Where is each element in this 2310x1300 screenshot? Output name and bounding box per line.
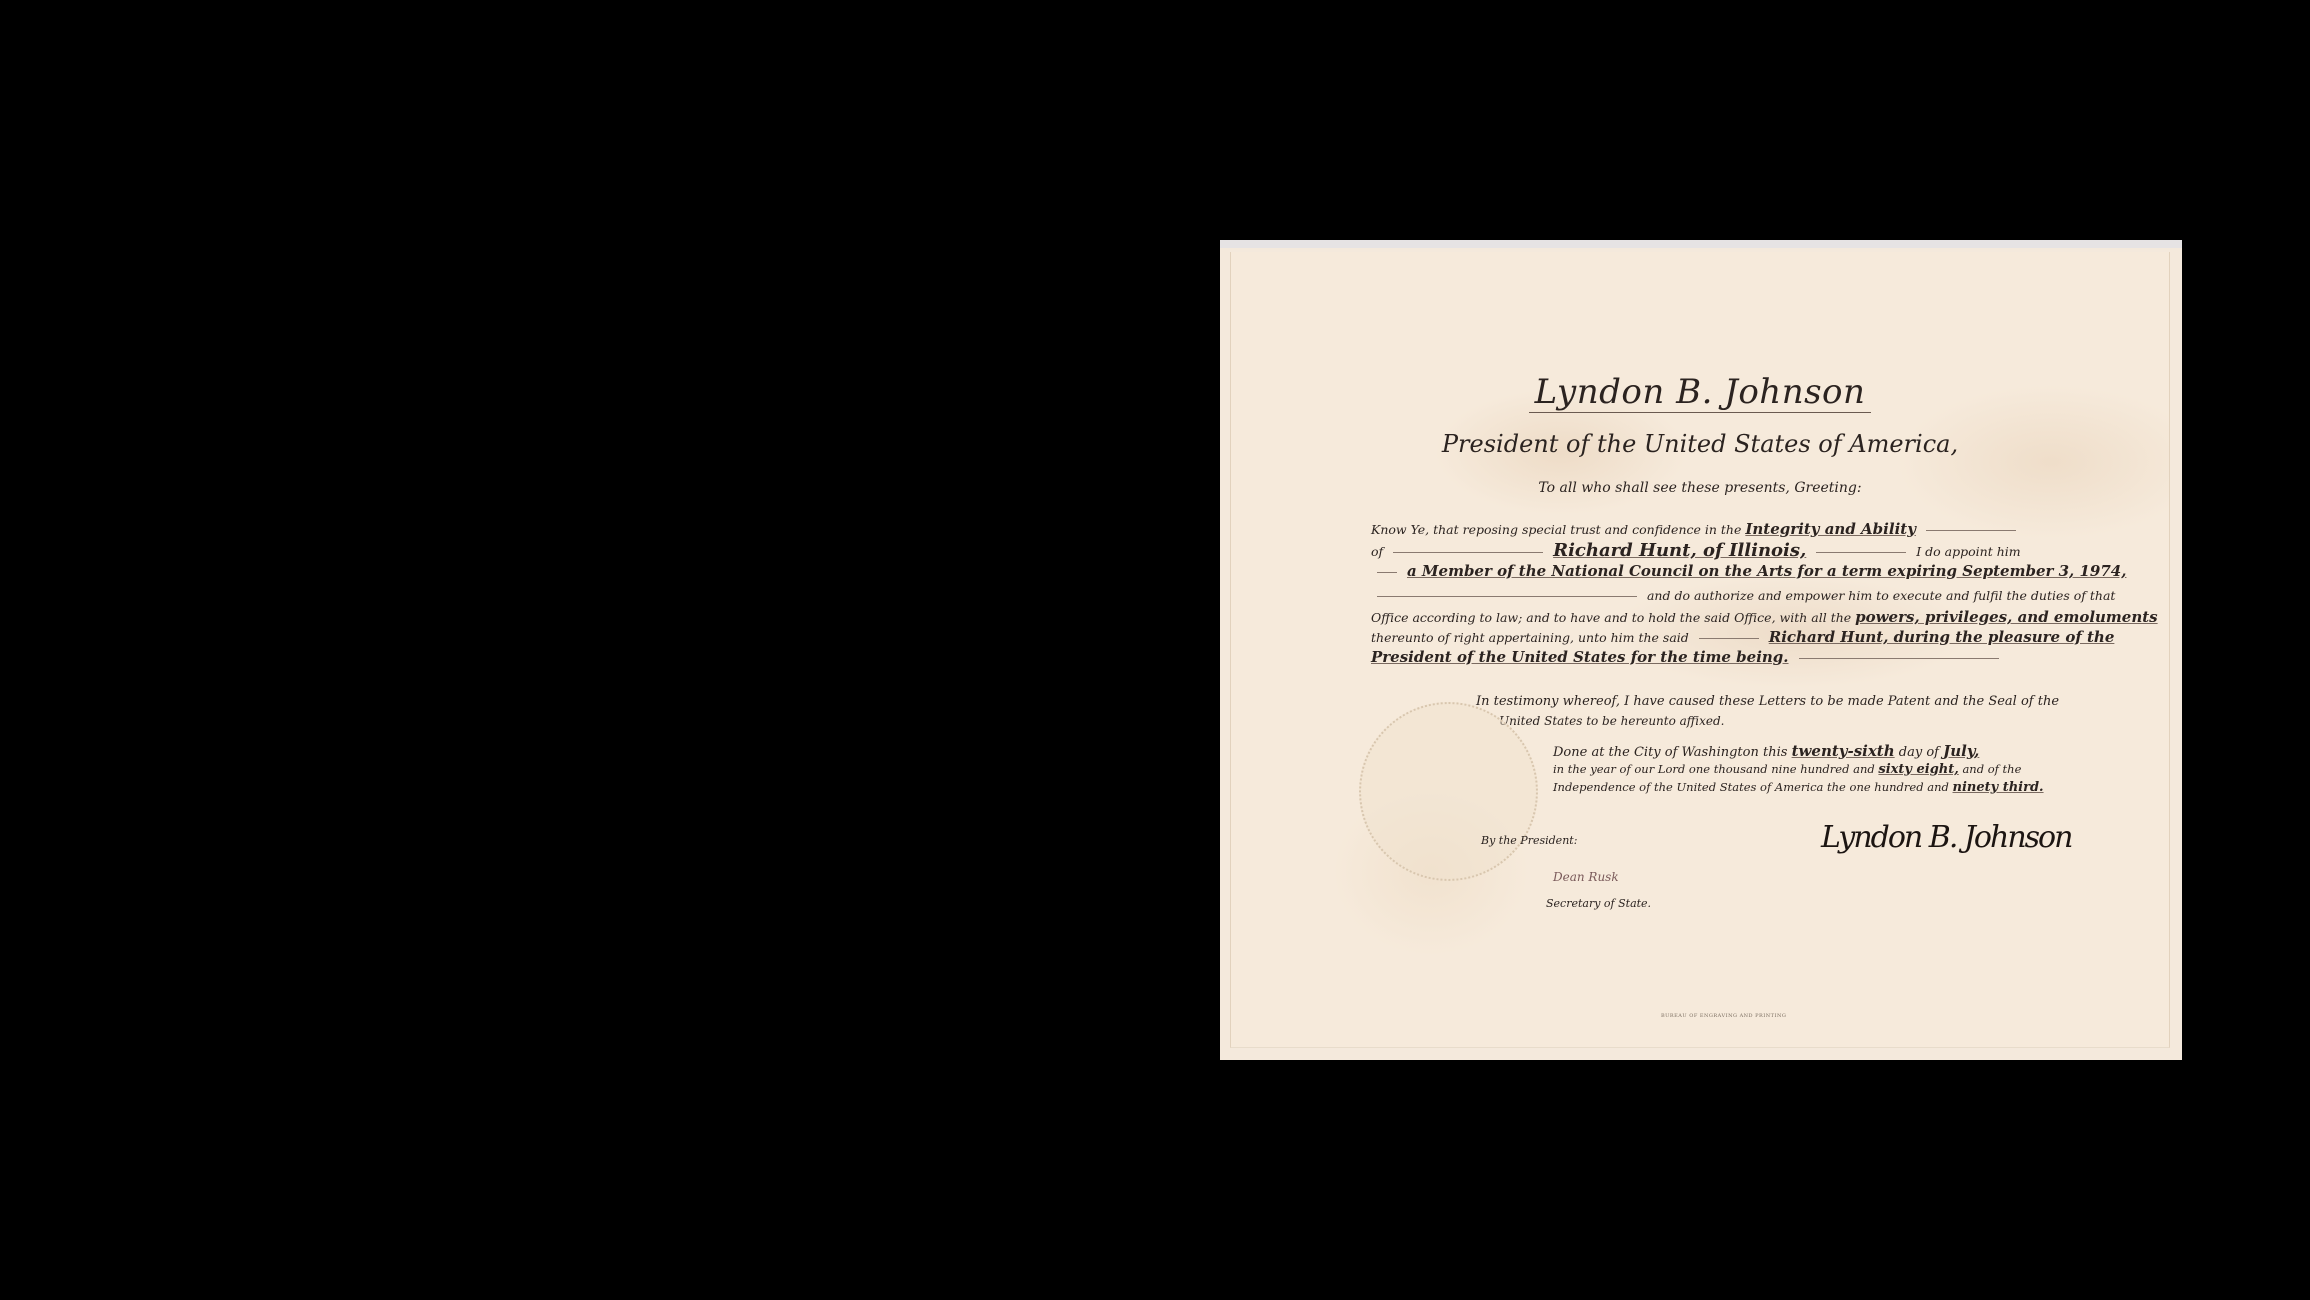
line6-fill: Richard Hunt, during the pleasure of the: [1769, 628, 2115, 646]
secretary-title: Secretary of State.: [1546, 897, 1651, 910]
line1-prefix: Know Ye, that reposing special trust and…: [1371, 522, 1741, 537]
blank-rule: [1699, 638, 1759, 639]
day-of: day of: [1899, 745, 1939, 760]
appointee-name: Richard Hunt, of Illinois,: [1553, 540, 1806, 561]
done-year: sixty eight,: [1878, 762, 1958, 777]
line2-suffix: I do appoint him: [1916, 544, 2020, 559]
done-at-line: Done at the City of Washington this twen…: [1553, 742, 1979, 760]
body-line-7: President of the United States for the t…: [1371, 648, 2029, 666]
document-plate: Lyndon B. Johnson President of the Unite…: [1230, 252, 2170, 1048]
line7-fill: President of the United States for the t…: [1371, 648, 1789, 666]
testimony-line-2: United States to be hereunto affixed.: [1499, 714, 1725, 728]
greeting: To all who shall see these presents, Gre…: [1231, 480, 2169, 496]
president-name: Lyndon B. Johnson: [1529, 372, 1872, 413]
line6-prefix: thereunto of right appertaining, unto hi…: [1371, 630, 1689, 645]
president-name-heading: Lyndon B. Johnson: [1231, 372, 2169, 412]
independence-line: Independence of the United States of Ame…: [1553, 780, 2044, 795]
blank-rule: [1816, 552, 1906, 553]
body-line-6: thereunto of right appertaining, unto hi…: [1371, 628, 2029, 646]
testimony-line-1: In testimony whereof, I have caused thes…: [1476, 694, 2059, 709]
embossed-seal: [1359, 702, 1538, 881]
year-line: in the year of our Lord one thousand nin…: [1553, 762, 2021, 777]
appointment-position: a Member of the National Council on the …: [1407, 562, 2126, 580]
independence-year: ninety third.: [1953, 780, 2044, 795]
president-signature: Lyndon B. Johnson: [1821, 820, 2071, 855]
done-day: twenty-sixth: [1792, 742, 1895, 760]
commission-document: Lyndon B. Johnson President of the Unite…: [1220, 240, 2182, 1060]
body-line-2: of Richard Hunt, of Illinois, I do appoi…: [1371, 540, 2029, 561]
secretary-signature: Dean Rusk: [1553, 870, 1619, 884]
line4-suffix: and do authorize and empower him to exec…: [1647, 588, 2115, 603]
printer-imprint: BUREAU OF ENGRAVING AND PRINTING: [1661, 1013, 1786, 1019]
blank-rule: [1926, 530, 2016, 531]
line2-prefix: of: [1371, 544, 1383, 559]
line5-fill: powers, privileges, and emoluments: [1855, 608, 2157, 626]
line1-fill: Integrity and Ability: [1745, 520, 1916, 538]
body-line-5: Office according to law; and to have and…: [1371, 608, 2029, 626]
independence-prefix: Independence of the United States of Ame…: [1553, 780, 1949, 794]
body-line-4: and do authorize and empower him to exec…: [1371, 588, 2029, 603]
year-prefix: in the year of our Lord one thousand nin…: [1553, 762, 1875, 776]
body-line-3: a Member of the National Council on the …: [1371, 562, 2029, 580]
blank-rule: [1377, 596, 1637, 597]
by-the-president: By the President:: [1481, 834, 1577, 847]
year-suffix: and of the: [1962, 762, 2021, 776]
blank-rule: [1377, 572, 1397, 573]
done-month: July,: [1943, 742, 1979, 760]
blank-rule: [1799, 658, 1999, 659]
body-line-1: Know Ye, that reposing special trust and…: [1371, 520, 2029, 538]
blank-rule: [1393, 552, 1543, 553]
line5-prefix: Office according to law; and to have and…: [1371, 610, 1851, 625]
office-heading: President of the United States of Americ…: [1231, 430, 2169, 458]
done-at-prefix: Done at the City of Washington this: [1553, 745, 1787, 760]
